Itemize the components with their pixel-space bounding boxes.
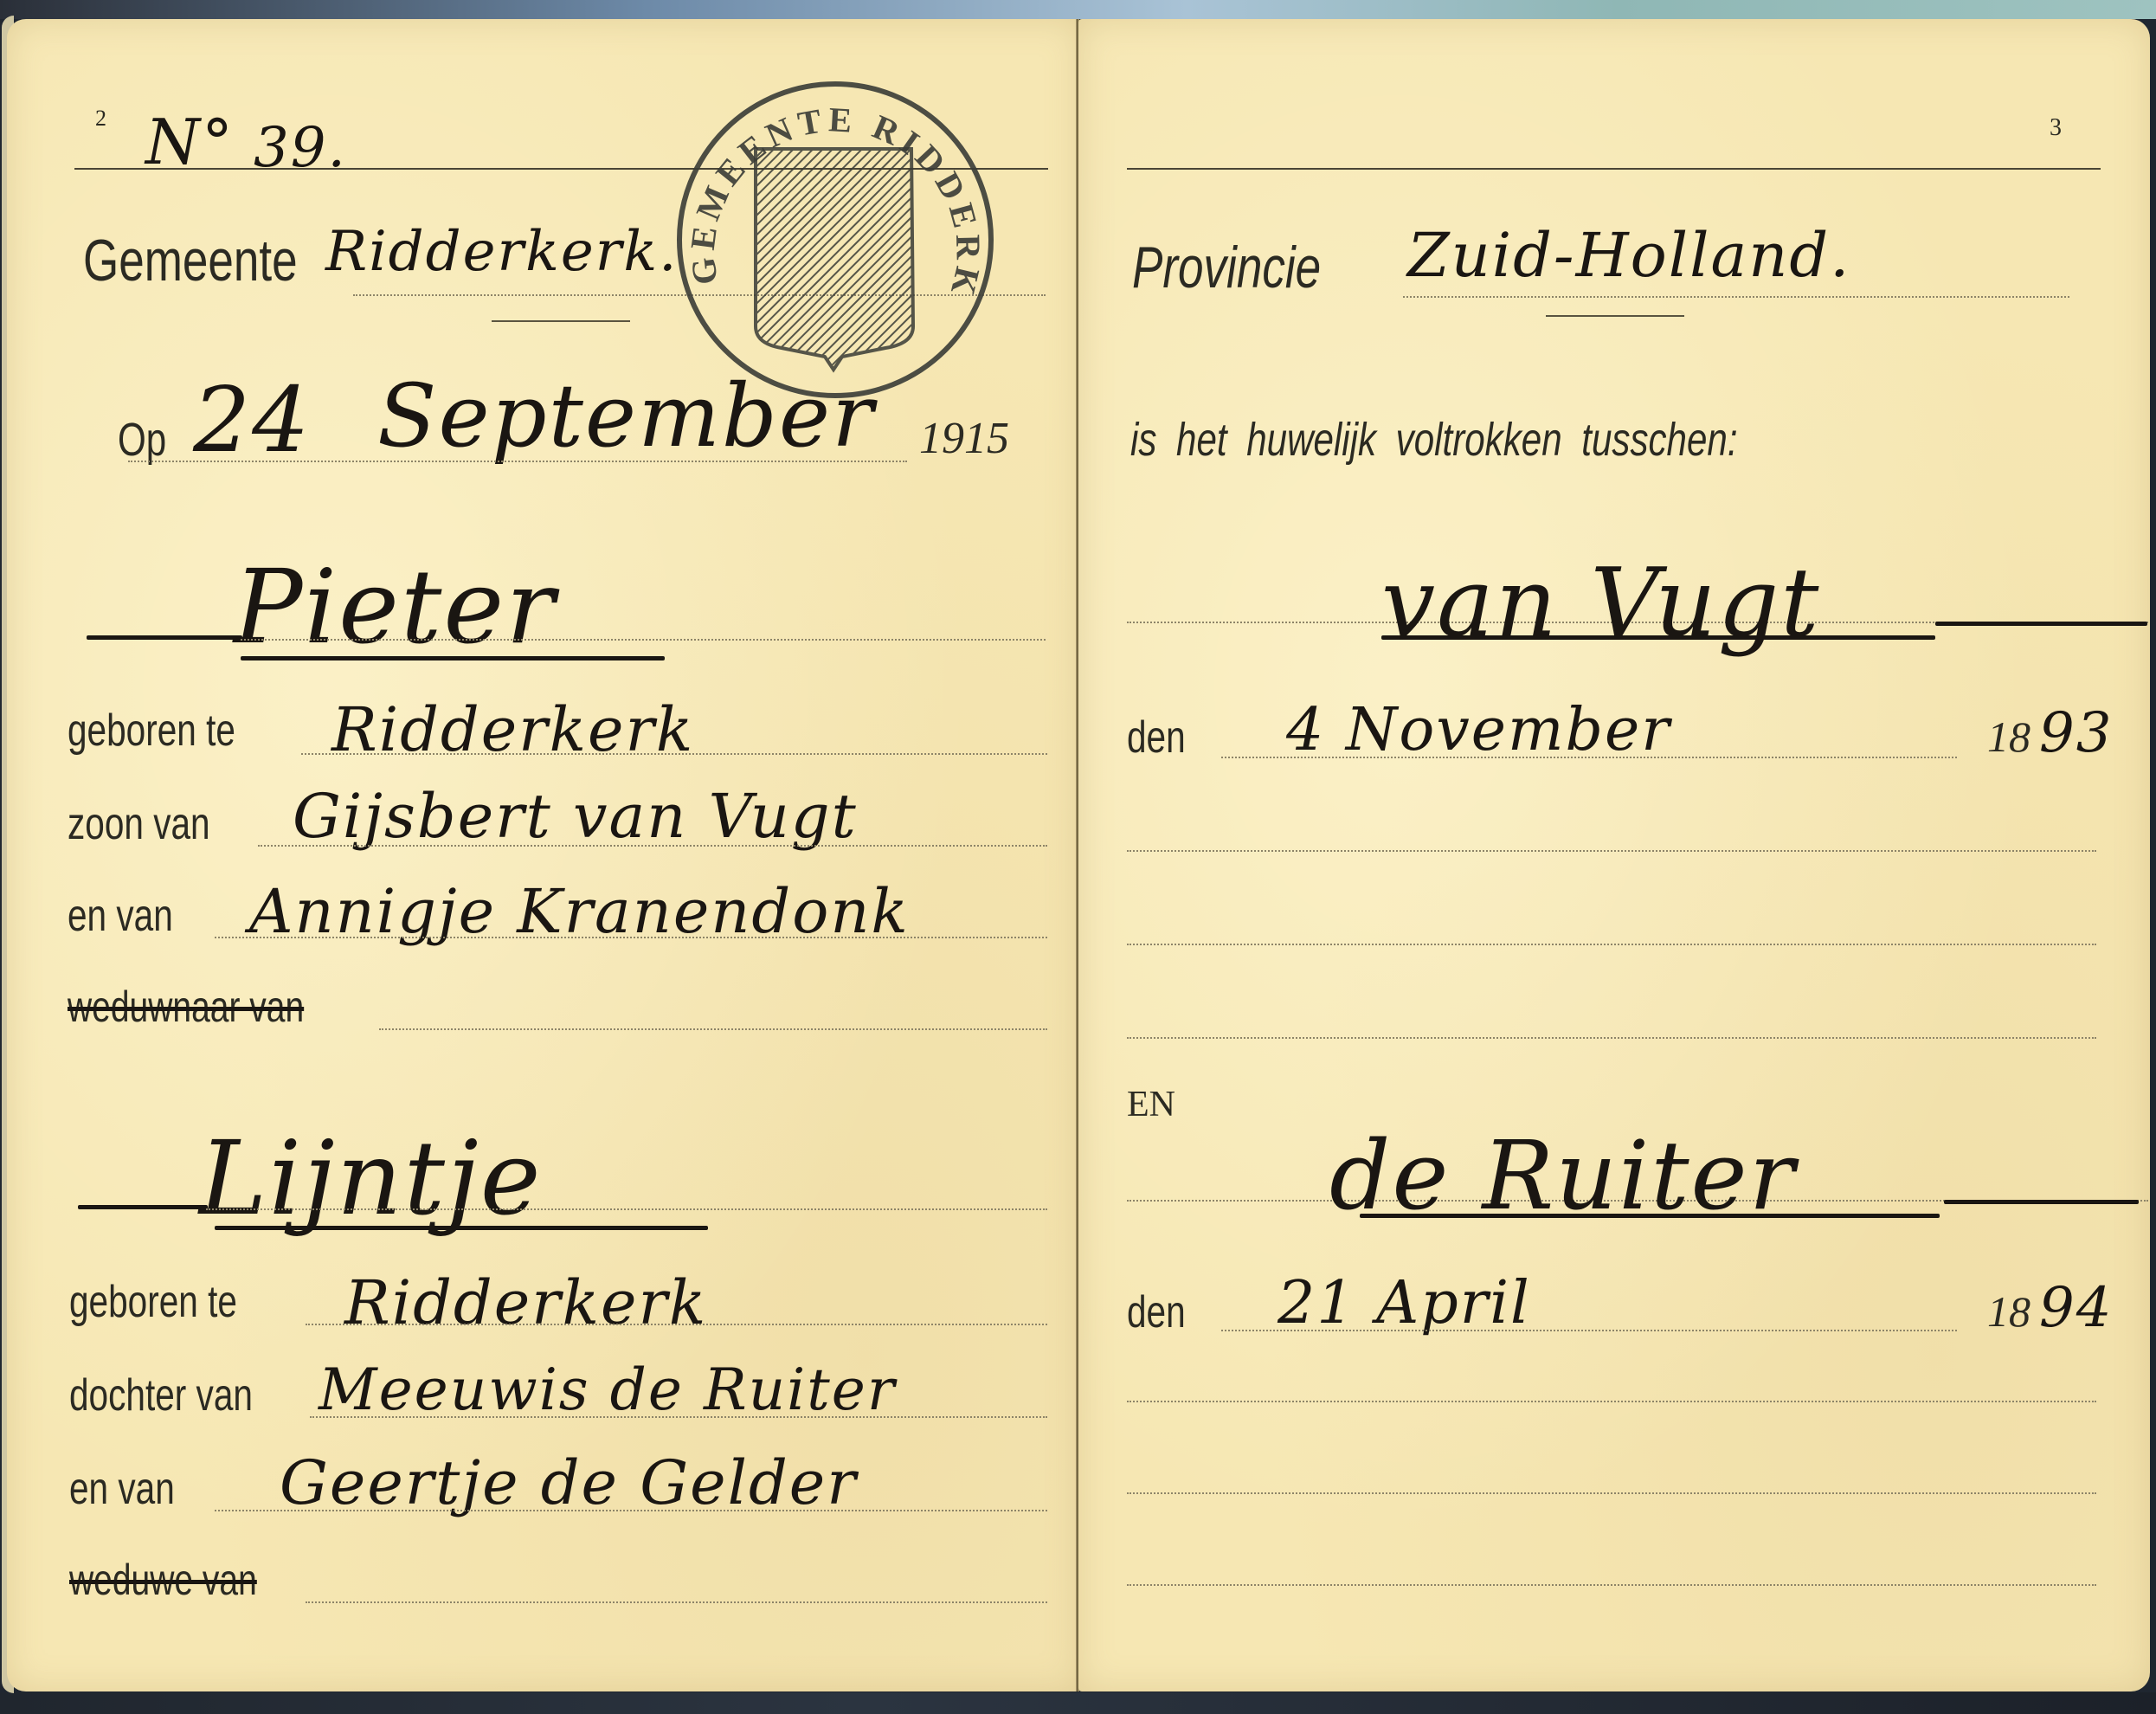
gemeente-label: Gemeente bbox=[83, 227, 298, 294]
bride-surname-trailing-dash bbox=[1944, 1200, 2139, 1204]
bride-birthdate-dotted-line bbox=[1221, 1330, 1957, 1331]
bride-born-dotted-line bbox=[306, 1324, 1047, 1325]
gemeente-value: Ridderkerk. bbox=[325, 220, 678, 284]
page-number-right: 3 bbox=[2050, 114, 2062, 142]
groom-mother-dotted-line bbox=[215, 937, 1047, 938]
and-label: EN bbox=[1127, 1084, 1175, 1125]
groom-extra-line-2 bbox=[1127, 944, 2096, 945]
groom-birthyear-suffix: 93 bbox=[2039, 701, 2113, 765]
right-page: 3 Provincie Zuid-Holland. is het huwelij… bbox=[1078, 19, 2150, 1691]
date-day: 24 bbox=[193, 367, 311, 473]
bride-widow-dotted-line bbox=[306, 1601, 1047, 1603]
groom-birthyear-prefix: 18 bbox=[1987, 712, 2031, 762]
groom-born-label: geboren te bbox=[68, 705, 235, 757]
groom-birthdate: 4 November bbox=[1286, 696, 1671, 764]
marriage-statement: is het huwelijk voltrokken tusschen: bbox=[1130, 413, 1738, 467]
groom-and-of-label: en van bbox=[68, 890, 173, 942]
bride-birthdate-label: den bbox=[1127, 1286, 1186, 1338]
left-page: 2 N° 39. Gemeente Ridderkerk. GEMEENTE R… bbox=[7, 19, 1080, 1691]
groom-father: Gijsbert van Vugt bbox=[293, 781, 858, 852]
separator-short-right bbox=[1546, 315, 1684, 317]
groom-surname: van Vugt bbox=[1381, 547, 1820, 658]
groom-father-dotted-line bbox=[258, 845, 1047, 847]
bride-and-of-label: en van bbox=[69, 1463, 175, 1515]
bride-name-ink-dash bbox=[78, 1205, 208, 1209]
separator-short bbox=[492, 320, 630, 322]
bride-father-dotted-line bbox=[310, 1416, 1047, 1418]
bride-birthdate: 21 April bbox=[1278, 1269, 1531, 1337]
bride-widow-label-struck: weduwe van bbox=[69, 1555, 257, 1605]
bride-mother: Geertje de Gelder bbox=[280, 1447, 858, 1518]
groom-birthdate-label: den bbox=[1127, 712, 1186, 764]
page-number-left: 2 bbox=[95, 106, 106, 132]
record-number: 39. bbox=[254, 116, 347, 180]
groom-born-dotted-line bbox=[301, 753, 1047, 755]
provincie-dotted-line bbox=[1403, 296, 2069, 298]
booklet-cover-top-edge bbox=[0, 0, 2156, 19]
bride-born-place: Ridderkerk bbox=[344, 1267, 707, 1338]
bride-name-dotted-line bbox=[206, 1208, 1047, 1210]
date-month: September bbox=[377, 365, 875, 467]
bride-birthyear-prefix: 18 bbox=[1987, 1286, 2031, 1337]
bride-daughter-of-label: dochter van bbox=[69, 1369, 253, 1421]
bride-birthyear-suffix: 94 bbox=[2039, 1276, 2113, 1340]
booklet-cover-bottom-edge bbox=[0, 1692, 2156, 1714]
provincie-value: Zuid-Holland. bbox=[1407, 220, 1850, 291]
groom-extra-line-1 bbox=[1127, 850, 2096, 852]
groom-first-name: Pieter bbox=[234, 547, 557, 667]
date-label: Op bbox=[118, 413, 166, 467]
bride-name-underline bbox=[215, 1226, 708, 1230]
provincie-label: Provincie bbox=[1132, 234, 1321, 301]
date-dotted-line bbox=[128, 461, 907, 462]
bride-father: Meeuwis de Ruiter bbox=[319, 1356, 896, 1423]
groom-birthdate-dotted-line bbox=[1221, 757, 1957, 758]
groom-son-of-label: zoon van bbox=[68, 798, 210, 850]
bride-extra-line-2 bbox=[1127, 1492, 2096, 1494]
bride-mother-dotted-line bbox=[215, 1510, 1047, 1511]
date-year: 1915 bbox=[919, 413, 1009, 464]
bride-extra-line-3 bbox=[1127, 1584, 2096, 1586]
bride-born-label: geboren te bbox=[69, 1276, 237, 1328]
coat-of-arms-shield-icon bbox=[756, 149, 913, 370]
groom-surname-trailing-dash bbox=[1935, 622, 2147, 626]
bride-first-name: Lijntje bbox=[199, 1118, 543, 1238]
groom-name-dotted-line bbox=[241, 639, 1046, 641]
groom-widower-dotted-line bbox=[379, 1028, 1047, 1030]
groom-name-underline bbox=[241, 656, 665, 660]
seal-icon: GEMEENTE RIDDERKERK bbox=[669, 67, 1002, 400]
bride-surname-underline bbox=[1360, 1214, 1940, 1218]
header-rule-right bbox=[1127, 168, 2101, 170]
groom-extra-line-3 bbox=[1127, 1037, 2096, 1039]
groom-surname-underline bbox=[1381, 635, 1935, 640]
bride-extra-line-1 bbox=[1127, 1401, 2096, 1402]
municipal-seal-stamp: GEMEENTE RIDDERKERK bbox=[669, 67, 1002, 400]
groom-widower-label-struck: weduwnaar van bbox=[68, 982, 304, 1032]
groom-name-ink-dash bbox=[87, 635, 242, 640]
